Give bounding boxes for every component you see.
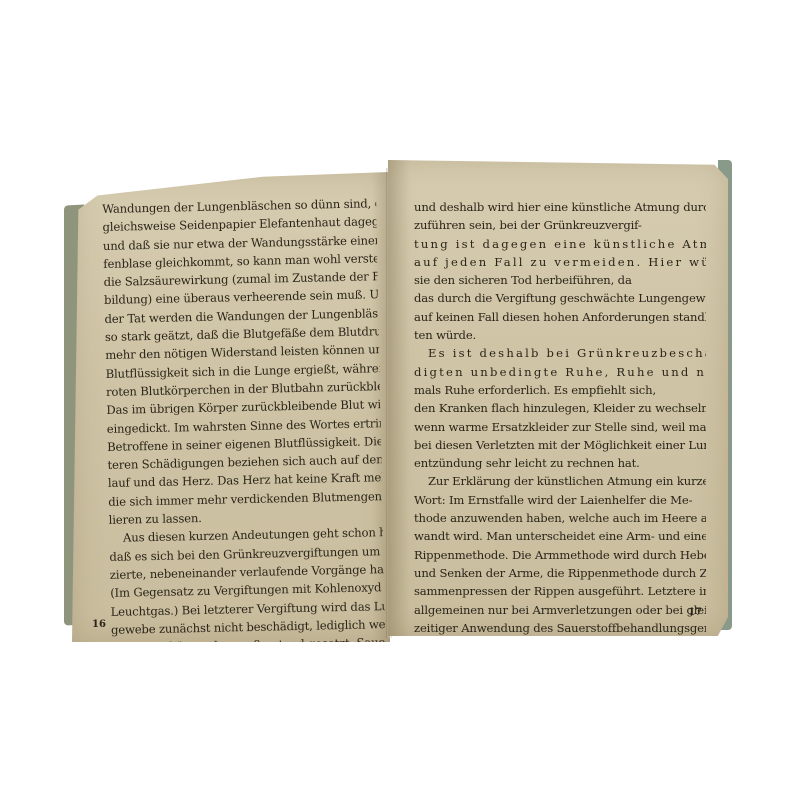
page-number-right: 17 xyxy=(688,607,702,618)
text-line: wandt wird. Man unterscheidet eine Arm- … xyxy=(414,527,706,545)
text-line: allgemeinen nur bei Armverletzungen oder… xyxy=(414,601,706,619)
text-line: das durch die Vergiftung geschwächte Lun… xyxy=(414,289,706,307)
emphasized-line: tung ist dagegen eine künstliche Atmung xyxy=(414,235,706,253)
text-line: sammenpressen der Rippen ausgeführt. Let… xyxy=(414,582,706,600)
text-line: Rippenmethode. Die Armmethode wird durch… xyxy=(414,546,706,564)
left-page-text: Wandungen der Lungenbläschen so dünn sin… xyxy=(102,194,386,694)
text-line: ster) unter die Schultern. Zwei Laienhel… xyxy=(414,674,706,692)
text-line: zeitiger Anwendung des Sauerstoffbehandl… xyxy=(414,619,706,637)
page-number-left: 16 xyxy=(92,619,106,630)
text-line: und deshalb wird hier eine künstliche At… xyxy=(414,198,706,216)
open-booklet: Wandungen der Lungenbläschen so dünn sin… xyxy=(0,0,800,800)
text-line: den Kranken flach hinzulegen, Kleider zu… xyxy=(414,399,706,417)
text-line: mals Ruhe erforderlich. Es empfiehlt sic… xyxy=(414,381,706,399)
right-page-text: und deshalb wird hier eine künstliche At… xyxy=(414,198,706,692)
text-line: zuführen sein, bei der Grünkreuzvergif- xyxy=(414,216,706,234)
text-line: ten würde. xyxy=(414,326,706,344)
paragraph-start-line: Es ist deshalb bei Grünkreuzbeschä- xyxy=(414,344,706,362)
paragraph-start-line: Zur Erklärung der künstlichen Atmung ein… xyxy=(414,472,706,490)
right-page: und deshalb wird hier eine künstliche At… xyxy=(388,160,728,636)
text-line: sie den sicheren Tod herbeiführen, da xyxy=(414,271,706,289)
emphasized-line: auf jeden Fall zu vermeiden. Hier würde xyxy=(414,253,706,271)
text-line: und Senken der Arme, die Rippenmethode d… xyxy=(414,564,706,582)
emphasized-line: digten unbedingte Ruhe, Ruhe und noch- xyxy=(414,363,706,381)
left-page: Wandungen der Lungenbläschen so dünn sin… xyxy=(72,172,390,642)
text-line: auf dem Rücken liegenden Kranken eine Ro… xyxy=(414,655,706,673)
text-line: der Leuchtgasvergiftung bleibt die Lunge… xyxy=(112,670,386,694)
text-line: aufzunehmen und dem Körper zuzuführen. A… xyxy=(112,652,386,676)
text-line: auf keinen Fall diesen hohen Anforderung… xyxy=(414,308,706,326)
text-line: entzündung sehr leicht zu rechnen hat. xyxy=(414,454,706,472)
text-line: Wort: Im Ernstfalle wird der Laienhelfer… xyxy=(414,491,706,509)
text-line: wenn warme Ersatzkleider zur Stelle sind… xyxy=(414,418,706,436)
text-line: bei diesen Verletzten mit der Möglichkei… xyxy=(414,436,706,454)
text-line: thode anzuwenden haben, welche auch im H… xyxy=(414,509,706,527)
paragraph-start-line: Zur Ausführung der Armmethode schiebt ma… xyxy=(414,637,706,655)
